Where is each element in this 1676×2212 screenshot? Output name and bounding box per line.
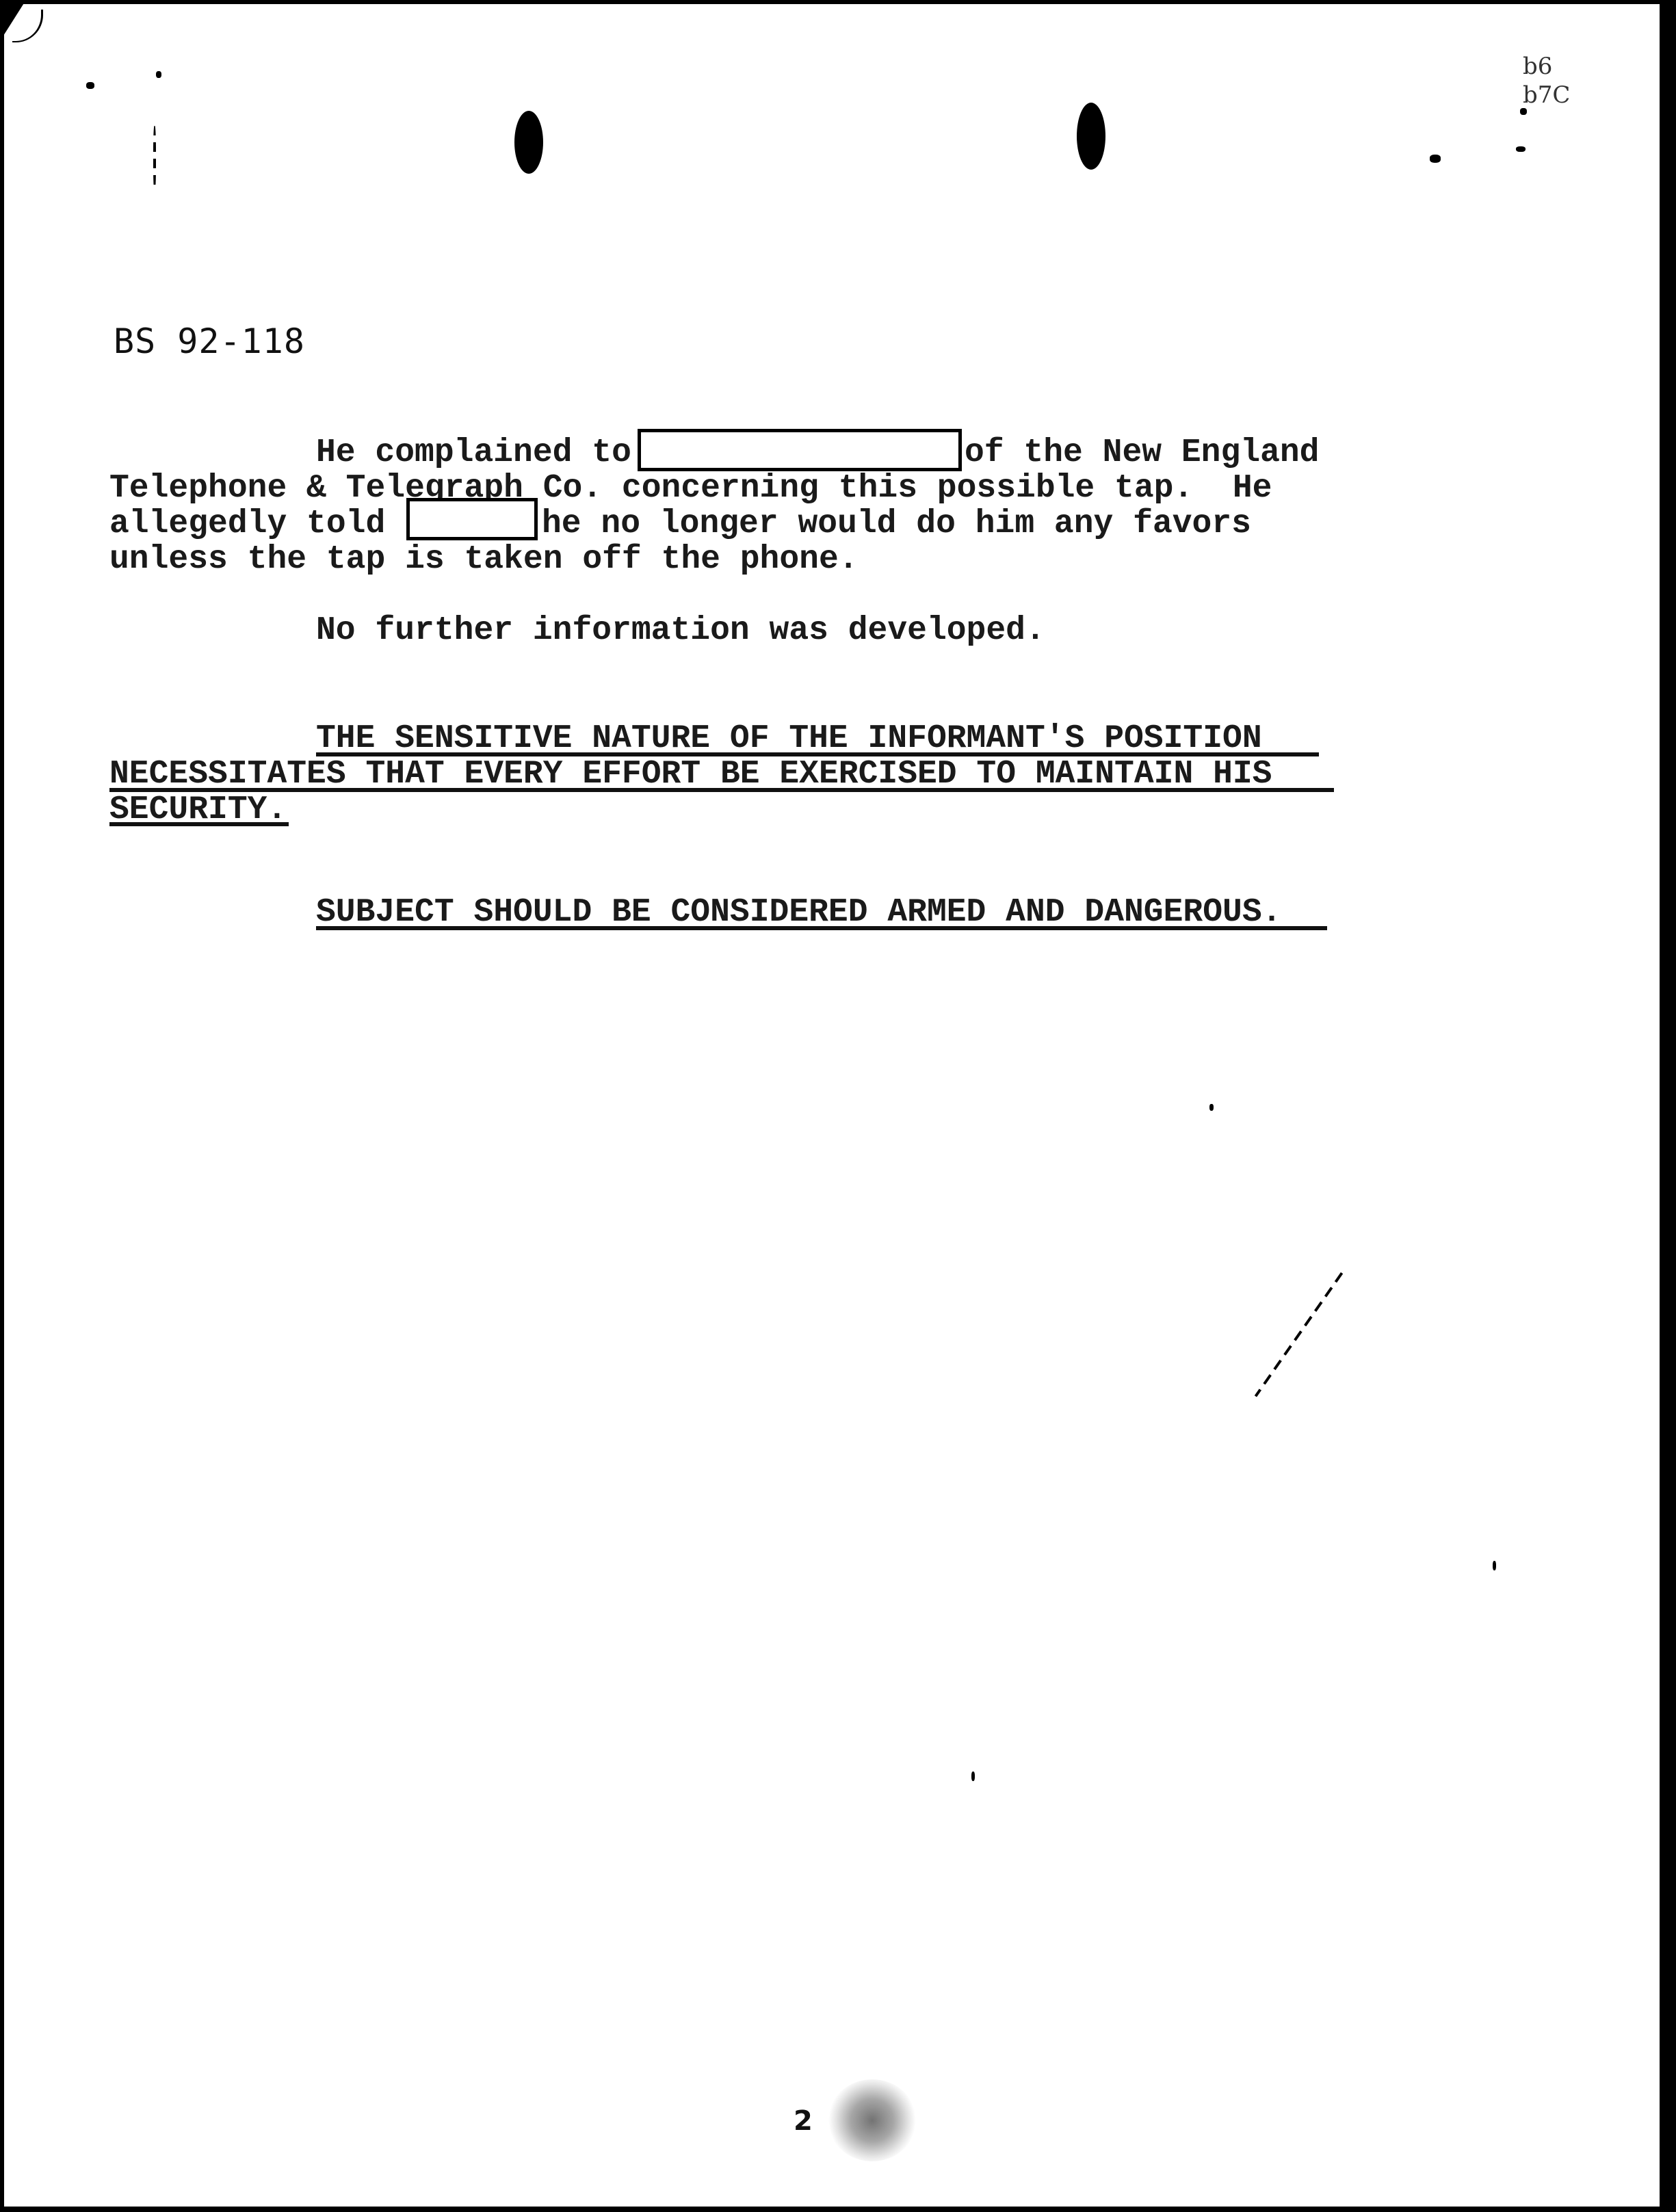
scan-border-left	[0, 0, 4, 2212]
text-line: Telephone & Telegraph Co. concerning thi…	[109, 471, 1272, 506]
underline	[316, 926, 1327, 930]
warning-armed-dangerous: SUBJECT SHOULD BE CONSIDERED ARMED AND D…	[0, 0, 79, 107]
underline	[109, 788, 1334, 792]
scan-border-top	[0, 0, 1676, 4]
redaction-box	[638, 429, 962, 471]
text-line: He complained to	[316, 435, 631, 471]
punch-hole	[514, 111, 543, 174]
text-line: SUBJECT SHOULD BE CONSIDERED ARMED AND D…	[316, 895, 1281, 930]
text-line: No further information was developed.	[316, 613, 1045, 648]
document-page: b6 b7C BS 92-118 He complained to of the…	[0, 0, 1676, 2212]
speck	[153, 126, 156, 192]
text-line: he no longer would do him any favors	[542, 506, 1251, 542]
exemption-code: b6	[1523, 52, 1570, 81]
speck	[1493, 1561, 1496, 1570]
speck	[1516, 146, 1526, 152]
text-line: THE SENSITIVE NATURE OF THE INFORMANT'S …	[316, 721, 1262, 756]
ink-smudge	[828, 2079, 917, 2161]
scan-border-bottom	[0, 2207, 1676, 2212]
text-line: NECESSITATES THAT EVERY EFFORT BE EXERCI…	[109, 756, 1272, 792]
exemption-code: b7C	[1523, 81, 1570, 109]
file-number: BS 92-118	[114, 321, 305, 361]
page-number: 2	[794, 2105, 813, 2137]
speck	[1430, 155, 1441, 163]
underline	[109, 822, 289, 826]
pen-mark	[1255, 1272, 1343, 1397]
underline	[316, 752, 1319, 756]
text-line: allegedly told	[109, 506, 385, 542]
speck	[86, 82, 94, 89]
redaction-box	[406, 498, 538, 540]
text-line: unless the tap is taken off the phone.	[109, 542, 859, 577]
text-line: of the New England	[965, 435, 1319, 471]
speck	[1520, 108, 1527, 115]
scan-border-right	[1660, 0, 1676, 2212]
speck	[1209, 1104, 1214, 1111]
speck	[971, 1772, 975, 1781]
foia-exemption-codes: b6 b7C	[1523, 52, 1570, 109]
speck	[156, 71, 161, 78]
punch-hole	[1077, 103, 1105, 170]
